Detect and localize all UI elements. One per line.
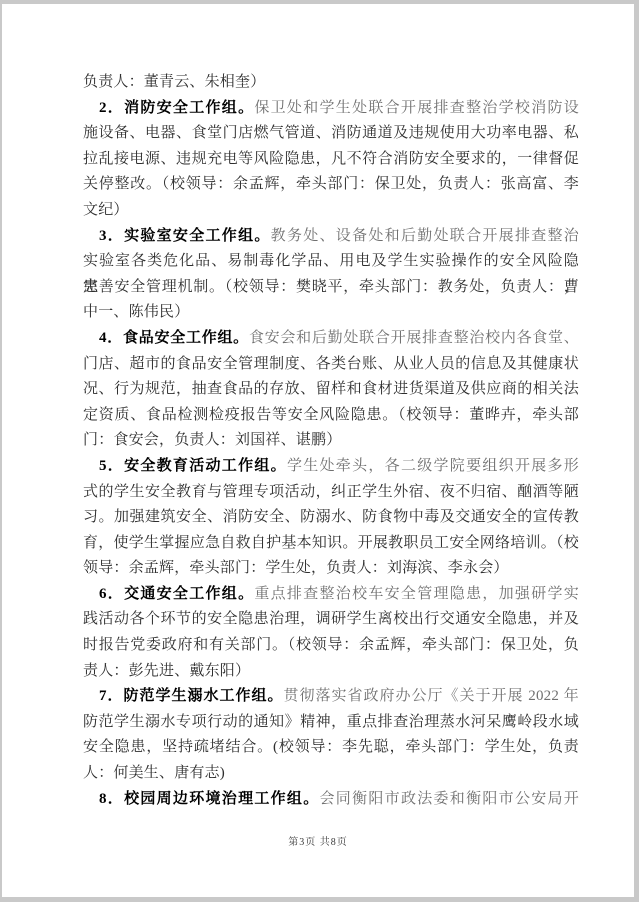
paragraph-tail-line: 门：食安会，负责人：刘国祥、谌鹏） [83, 428, 579, 454]
paragraph-body-line: 拉乱接电源、违规充电等风险隐患，凡不符合消防安全要求的，一律督促 [83, 147, 579, 173]
section-heading: 7．防范学生溺水工作组。 [99, 688, 284, 704]
paragraph-tail-line: 责人：彭先进、戴东阳） [83, 659, 579, 685]
document-page: 负责人：董青云、朱相奎）2．消防安全工作组。保卫处和学生处联合开展排查整治学校消… [2, 4, 634, 897]
paragraph-tail-line: 文纪） [83, 198, 579, 224]
paragraph-body-line: 关停整改。（校领导：余孟辉，牵头部门：保卫处，负责人：张高富、李 [83, 172, 579, 198]
paragraph-first-line: 4．食品安全工作组。食安会和后勤处联合开展排查整治校内各食堂、 [83, 326, 579, 352]
paragraph-first-line: 3．实验室安全工作组。教务处、设备处和后勤处联合开展排查整治 [83, 224, 579, 250]
section-heading: 8．校园周边环境治理工作组。 [99, 791, 320, 807]
paragraph-body-line: 防范学生溺水专项行动的通知》精神，重点排查治理蒸水河呆鹰岭段水域 [83, 710, 579, 736]
paragraph-body-line: 门店、超市的食品安全管理制度、各类台账、从业人员的信息及其健康状 [83, 352, 579, 378]
section-intro-text: 会同衡阳市政法委和衡阳市公安局开 [320, 791, 580, 807]
paragraph-body-line: 育，使学生掌握应急自救自护基本知识。开展教职员工安全网络培训。（校 [83, 531, 579, 557]
section-intro-text: 食安会和后勤处联合开展排查整治校内各食堂、 [249, 330, 579, 346]
paragraph-body-line: 定资质、食品检测检疫报告等安全风险隐患。（校领导：董晔卉，牵头部 [83, 403, 579, 429]
paragraph-first-line: 2．消防安全工作组。保卫处和学生处联合开展排查整治学校消防设 [83, 96, 579, 122]
section-heading: 4．食品安全工作组。 [99, 330, 249, 346]
paragraph-first-line: 7．防范学生溺水工作组。贯彻落实省政府办公厅《关于开展 2022 年 [83, 684, 579, 710]
section-heading: 5．安全教育活动工作组。 [99, 458, 287, 474]
paragraph-tail-line: 中一、陈伟民） [83, 300, 579, 326]
paragraph-body-line: 完善安全管理机制。（校领导：樊晓平，牵头部门：教务处，负责人：曹 [83, 275, 579, 301]
paragraph-first-line: 5．安全教育活动工作组。学生处牵头，各二级学院要组织开展多形 [83, 454, 579, 480]
paragraph-body-line: 安全隐患，坚持疏堵结合。(校领导：李先聪，牵头部门：学生处，负责 [83, 735, 579, 761]
section-intro-text: 重点排查整治校车安全管理隐患，加强研学实 [254, 586, 579, 602]
paragraph-body-line: 时报告党委政府和有关部门。（校领导：余孟辉，牵头部门：保卫处，负 [83, 633, 579, 659]
paragraph-tail-line: 负责人：董青云、朱相奎） [83, 70, 579, 96]
section-heading: 6．交通安全工作组。 [99, 586, 254, 602]
section-intro-text: 学生处牵头，各二级学院要组织开展多形 [287, 458, 579, 474]
section-heading: 2．消防安全工作组。 [99, 100, 254, 116]
page-number-footer: 第3页 共8页 [2, 833, 634, 848]
paragraph-body-line: 式的学生安全教育与管理专项活动，纠正学生外宿、夜不归宿、酗酒等陋 [83, 480, 579, 506]
document-body: 负责人：董青云、朱相奎）2．消防安全工作组。保卫处和学生处联合开展排查整治学校消… [83, 70, 579, 812]
section-heading: 3．实验室安全工作组。 [99, 228, 271, 244]
paragraph-body-line: 习。加强建筑安全、消防安全、防溺水、防食物中毒及交通安全的宣传教 [83, 505, 579, 531]
section-intro-text: 保卫处和学生处联合开展排查整治学校消防设 [254, 100, 579, 116]
paragraph-body-line: 实验室各类危化品、易制毒化学品、用电及学生实验操作的安全风险隐患， [83, 249, 579, 275]
paragraph-first-line: 8．校园周边环境治理工作组。会同衡阳市政法委和衡阳市公安局开 [83, 787, 579, 813]
paragraph-body-line: 践活动各个环节的安全隐患治理，调研学生离校出行交通安全隐患，并及 [83, 607, 579, 633]
paragraph-body-line: 况、行为规范，抽查食品的存放、留样和食材进货渠道及供应商的相关法 [83, 377, 579, 403]
paragraph-first-line: 6．交通安全工作组。重点排查整治校车安全管理隐患，加强研学实 [83, 582, 579, 608]
paragraph-body-line: 施设备、电器、食堂门店燃气管道、消防通道及违规使用大功率电器、私 [83, 121, 579, 147]
section-intro-text: 教务处、设备处和后勤处联合开展排查整治 [271, 228, 579, 244]
paragraph-tail-line: 人：何美生、唐有志) [83, 761, 579, 787]
section-intro-text: 贯彻落实省政府办公厅《关于开展 2022 年 [284, 688, 580, 704]
paragraph-tail-line: 领导：余孟辉，牵头部门：学生处，负责人：刘海滨、李永会） [83, 556, 579, 582]
